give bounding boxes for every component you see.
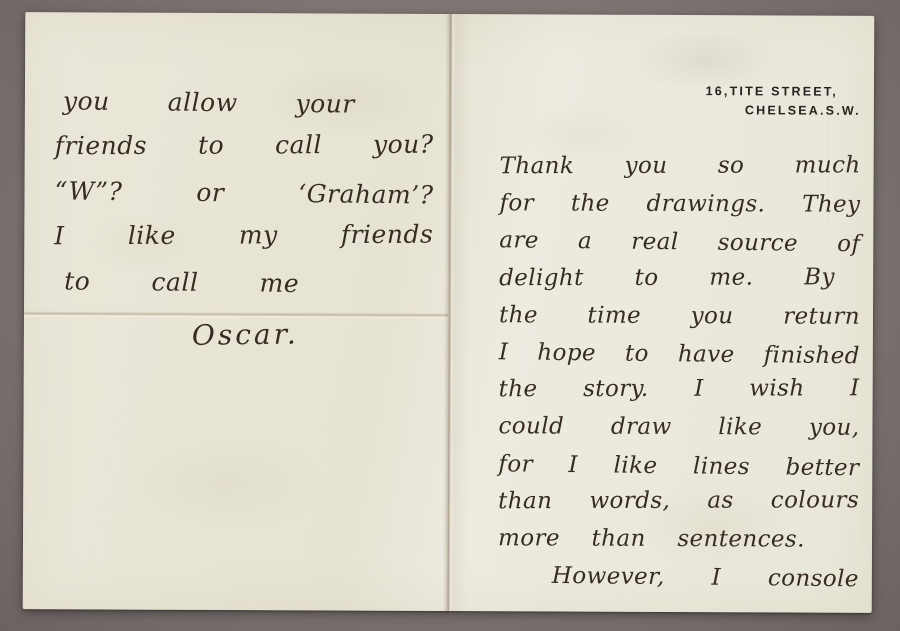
handwritten-line: could draw like you, bbox=[498, 414, 859, 453]
right-page-text: Thank you so much for the drawings. They… bbox=[498, 153, 861, 601]
handwritten-line: to call me bbox=[64, 266, 299, 314]
letter-paper: you allow your friends to call you? “W”?… bbox=[23, 12, 875, 613]
handwritten-line: delight to me. By bbox=[499, 264, 835, 302]
handwritten-line: than words, as colours bbox=[498, 487, 859, 525]
handwritten-line: Thank you so much bbox=[500, 152, 861, 190]
left-page-text: you allow your friends to call you? “W”?… bbox=[54, 86, 434, 313]
handwritten-line: I like my friends bbox=[54, 220, 433, 267]
photo-background: you allow your friends to call you? “W”?… bbox=[0, 0, 900, 631]
handwritten-line: are a real source of bbox=[499, 228, 860, 269]
handwritten-line: for the drawings. They bbox=[499, 190, 860, 229]
handwritten-line: the story. I wish I bbox=[499, 375, 860, 413]
handwritten-line: you allow your bbox=[63, 86, 355, 134]
left-page: you allow your friends to call you? “W”?… bbox=[23, 12, 451, 611]
handwritten-line: the time you return bbox=[499, 302, 860, 341]
right-page: 16,TITE STREET, CHELSEA.S.W. Thank you s… bbox=[448, 14, 875, 613]
handwritten-line: However, I console bbox=[498, 562, 859, 603]
letterhead-city-line: CHELSEA.S.W. bbox=[705, 101, 860, 121]
handwritten-line: “W”? or ‘Graham’? bbox=[54, 176, 433, 225]
letterhead-street-line: 16,TITE STREET, bbox=[706, 82, 861, 102]
letterhead: 16,TITE STREET, CHELSEA.S.W. bbox=[705, 82, 861, 121]
handwritten-line: I hope to have finished bbox=[499, 339, 860, 380]
handwritten-line: friends to call you? bbox=[55, 130, 434, 177]
handwritten-line: more than sentences. bbox=[498, 525, 805, 564]
handwritten-line: for I like lines better bbox=[498, 451, 859, 492]
signature: Oscar. bbox=[192, 317, 299, 351]
